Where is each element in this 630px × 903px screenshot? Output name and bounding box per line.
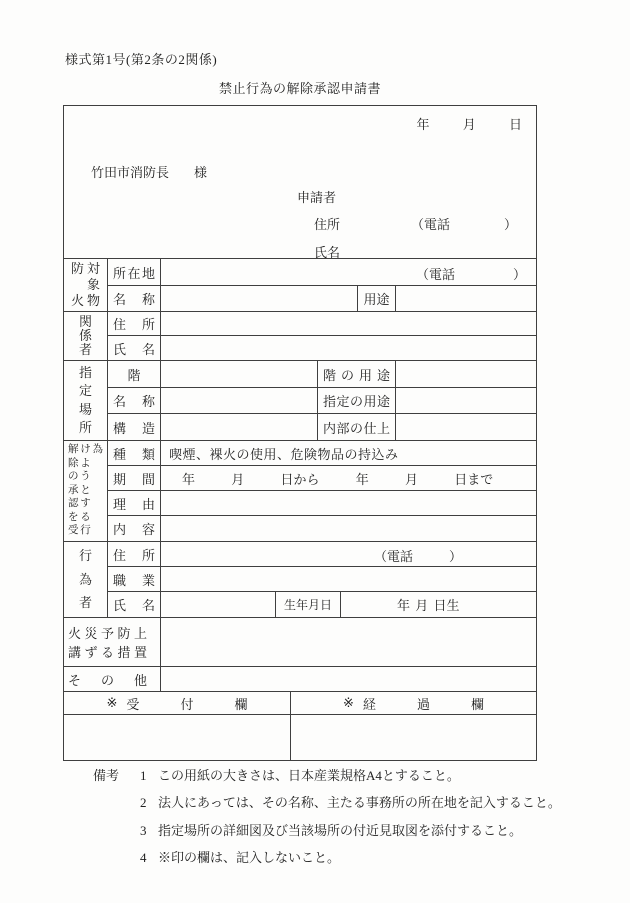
- act-reason-label: 理由: [107, 490, 161, 516]
- applicant-phone-note: （電話 ）: [411, 214, 517, 233]
- floor-label: 階: [107, 360, 161, 388]
- designated-place-section-label: 指定場所: [63, 360, 108, 441]
- related-name-label: 氏名: [107, 335, 161, 361]
- actor-phone-note: （電話 ）: [374, 546, 462, 565]
- act-type-label: 種類: [107, 440, 161, 466]
- fire-object-label-col2: 対象物: [87, 262, 100, 308]
- structure-label: 構造: [107, 413, 161, 441]
- phone-open: （電話: [411, 214, 450, 233]
- honorific: 様: [194, 162, 207, 181]
- header-cell: 年 月 日 竹田市消防長 様 申請者 住所 （電話 ） 氏名: [63, 105, 537, 259]
- object-name-label: 名称: [107, 285, 161, 312]
- phone-close: ）: [504, 214, 517, 233]
- remark-text: 指定場所の詳細図及び当該場所の付近見取図を添付すること。: [158, 822, 522, 839]
- addressee: 竹田市消防長: [91, 162, 169, 181]
- applicant-label: 申請者: [297, 187, 336, 206]
- act-period-field: 年 月 日から 年 月 日まで: [160, 465, 537, 491]
- phone-open: （電話: [374, 546, 413, 565]
- place-name-field: [160, 387, 318, 414]
- phone-close: ）: [513, 264, 526, 283]
- remark-row-4: 4 ※印の欄は、記入しないこと。: [93, 849, 340, 866]
- related-address-field: [160, 311, 537, 336]
- asterisk-mark: ※: [343, 695, 354, 711]
- remark-number: 1: [140, 767, 158, 784]
- progress-stamp-cell: [290, 714, 537, 761]
- related-person-label: 関係者: [79, 312, 92, 360]
- actor-section-label: 行為者: [63, 541, 108, 618]
- remark-text: この用紙の大きさは、日本産業規格A4とすること。: [158, 767, 460, 784]
- birthdate-value: 年 月 日生: [341, 595, 460, 614]
- page-title: 禁止行為の解除承認申請書: [63, 78, 537, 97]
- applicant-address-label: 住所: [314, 214, 340, 233]
- approval-act-label-col1: 解除の承認を受: [68, 444, 79, 538]
- birthdate-label: 生年月日: [275, 591, 341, 618]
- birthdate-field: 年 月 日生: [340, 591, 537, 618]
- document-sheet: 様式第1号(第2条の2関係) 禁止行為の解除承認申請書 年 月 日 竹田市消防長…: [0, 0, 630, 903]
- use-label: 用途: [357, 285, 396, 312]
- location-phone-note: （電話 ）: [416, 264, 526, 283]
- remarks-indent-spacer: [93, 822, 140, 839]
- other-field: [160, 666, 537, 692]
- location-label: 所在地: [107, 258, 161, 286]
- remarks-indent-spacer: [93, 849, 140, 866]
- progress-column-title: 経過欄: [363, 694, 484, 713]
- reception-stamp-cell: [63, 714, 291, 761]
- interior-finish-label: 内部の仕上: [317, 413, 396, 441]
- floor-use-field: [395, 360, 537, 388]
- remark-number: 4: [140, 849, 158, 866]
- fire-prevention-measures-label: 火災予防上 講ずる措置: [63, 617, 161, 667]
- remark-row-1: 備考 1 この用紙の大きさは、日本産業規格A4とすること。: [93, 767, 460, 784]
- act-period-value: 年 月 日から 年 月 日まで: [161, 469, 493, 488]
- asterisk-mark: ※: [107, 695, 118, 711]
- approval-act-label-col3: 為: [93, 444, 104, 538]
- use-field: [395, 285, 537, 312]
- object-name-field: [160, 285, 358, 312]
- designated-use-label: 指定の用途: [317, 387, 396, 414]
- related-address-label: 住所: [107, 311, 161, 336]
- act-reason-field: [160, 490, 537, 516]
- reception-column-header: ※ 受付欄: [63, 691, 291, 715]
- remark-text: 法人にあっては、その名称、主たる事務所の所在地を記入すること。: [158, 794, 561, 811]
- other-label: その他: [63, 666, 161, 692]
- remarks-indent-spacer: [93, 794, 140, 811]
- fire-prevention-label-line1: 火災予防上: [64, 623, 160, 642]
- actor-address-field: （電話 ）: [160, 541, 537, 567]
- remark-number: 3: [140, 822, 158, 839]
- floor-use-label: 階の用途: [317, 360, 396, 388]
- phone-open: （電話: [416, 264, 455, 283]
- approval-act-section-label: 解除の承認を受 けようとする行 為: [63, 440, 108, 542]
- act-period-label: 期間: [107, 465, 161, 491]
- actor-occupation-field: [160, 566, 537, 592]
- remarks-label: 備考: [93, 767, 140, 784]
- progress-column-header: ※ 経過欄: [290, 691, 537, 715]
- act-type-field: 喫煙、裸火の使用、危険物品の持込み: [160, 440, 537, 466]
- floor-field: [160, 360, 318, 388]
- fire-object-section-label: 防火 対象物: [63, 258, 108, 312]
- related-name-field: [160, 335, 537, 361]
- actor-address-label: 住所: [107, 541, 161, 567]
- remark-row-3: 3 指定場所の詳細図及び当該場所の付近見取図を添付すること。: [93, 822, 522, 839]
- reception-column-title: 受付欄: [126, 694, 247, 713]
- phone-close: ）: [449, 546, 462, 565]
- interior-finish-field: [395, 413, 537, 441]
- related-person-section-label: 関係者: [63, 311, 108, 361]
- approval-act-label-col2: けようとする行: [80, 444, 91, 538]
- act-type-value: 喫煙、裸火の使用、危険物品の持込み: [161, 444, 399, 463]
- fire-object-label-col1: 防火: [71, 262, 84, 308]
- remark-number: 2: [140, 794, 158, 811]
- structure-field: [160, 413, 318, 441]
- place-name-label: 名称: [107, 387, 161, 414]
- fire-prevention-measures-field: [160, 617, 537, 667]
- remark-text: ※印の欄は、記入しないこと。: [158, 849, 340, 866]
- designated-place-label: 指定場所: [79, 361, 92, 440]
- location-field: （電話 ）: [160, 258, 537, 286]
- actor-name-label: 氏名: [107, 591, 161, 618]
- actor-occupation-label: 職業: [107, 566, 161, 592]
- act-content-label: 内容: [107, 515, 161, 542]
- actor-label: 行為者: [79, 542, 92, 617]
- designated-use-field: [395, 387, 537, 414]
- date-line: 年 月 日: [416, 114, 522, 133]
- fire-prevention-label-line2: 講ずる措置: [64, 642, 160, 661]
- act-content-field: [160, 515, 537, 542]
- remark-row-2: 2 法人にあっては、その名称、主たる事務所の所在地を記入すること。: [93, 794, 561, 811]
- form-number: 様式第1号(第2条の2関係): [65, 49, 217, 68]
- actor-name-field: [160, 591, 276, 618]
